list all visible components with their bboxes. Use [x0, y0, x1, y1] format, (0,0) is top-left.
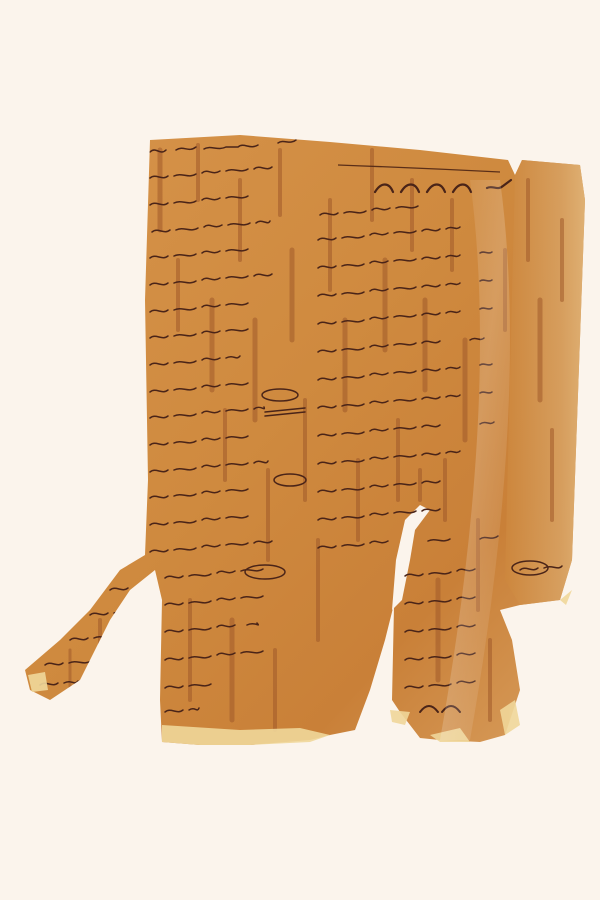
manuscript-photo [0, 0, 600, 900]
